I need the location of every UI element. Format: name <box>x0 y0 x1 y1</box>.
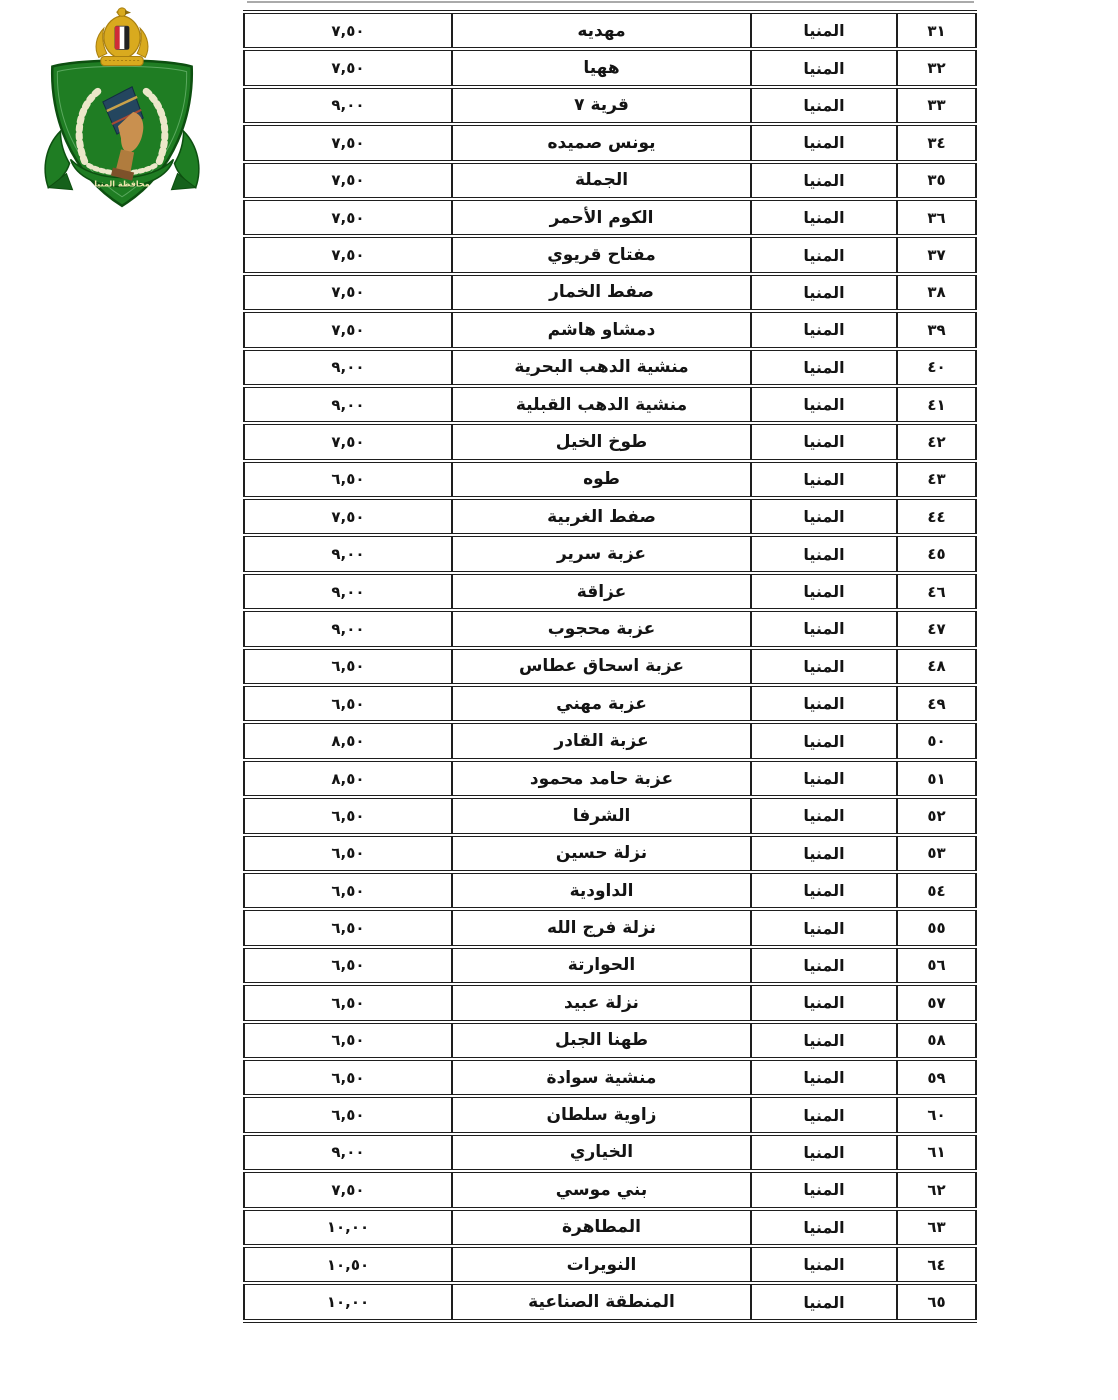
village-cell: عزبة اسحاق عطاس <box>452 648 751 685</box>
village-cell: عزبة مهني <box>452 685 751 722</box>
village-cell: نزلة فرج الله <box>452 909 751 946</box>
serial-cell: ٥٢ <box>897 797 976 834</box>
village-cell: طهنا الجبل <box>452 1022 751 1059</box>
table-row: ٥٤ المنيا الداودية ٦,٥٠ <box>244 872 976 909</box>
governorate-cell: المنيا <box>751 87 897 124</box>
table-row: ٦٤ المنيا النويرات ١٠,٥٠ <box>244 1246 976 1283</box>
serial-cell: ٥٩ <box>897 1059 976 1096</box>
governorate-cell: المنيا <box>751 835 897 872</box>
table-row: ٦٣ المنيا المطاهرة ١٠,٠٠ <box>244 1209 976 1246</box>
governorate-cell: المنيا <box>751 162 897 199</box>
price-cell: ٧,٥٠ <box>244 274 452 311</box>
village-cell: قرية ٧ <box>452 87 751 124</box>
table-row: ٥٢ المنيا الشرفا ٦,٥٠ <box>244 797 976 834</box>
village-cell: عزبة سرير <box>452 535 751 572</box>
governorate-cell: المنيا <box>751 610 897 647</box>
village-cell: الحوارتة <box>452 947 751 984</box>
village-cell: نزلة حسين <box>452 835 751 872</box>
table-row: ٣٩ المنيا دمشاو هاشم ٧,٥٠ <box>244 311 976 348</box>
price-cell: ٧,٥٠ <box>244 423 452 460</box>
governorate-cell: المنيا <box>751 12 897 49</box>
governorate-cell: المنيا <box>751 124 897 161</box>
village-cell: النويرات <box>452 1246 751 1283</box>
serial-cell: ٤٤ <box>897 498 976 535</box>
table-row: ٥٥ المنيا نزلة فرج الله ٦,٥٠ <box>244 909 976 946</box>
village-cell: منشية الدهب القبلية <box>452 386 751 423</box>
serial-cell: ٤٧ <box>897 610 976 647</box>
village-cell: منشية الدهب البحرية <box>452 349 751 386</box>
serial-cell: ٦٥ <box>897 1283 976 1321</box>
table-row: ٥١ المنيا عزبة حامد محمود ٨,٥٠ <box>244 760 976 797</box>
serial-cell: ٤٥ <box>897 535 976 572</box>
governorate-cell: المنيا <box>751 236 897 273</box>
serial-cell: ٤٦ <box>897 573 976 610</box>
table-row: ٤٧ المنيا عزبة محجوب ٩,٠٠ <box>244 610 976 647</box>
village-cell: طوه <box>452 461 751 498</box>
serial-cell: ٣٢ <box>897 49 976 86</box>
village-cell: زاوية سلطان <box>452 1096 751 1133</box>
serial-cell: ٣٩ <box>897 311 976 348</box>
serial-cell: ٤٠ <box>897 349 976 386</box>
table-row: ٥٣ المنيا نزلة حسين ٦,٥٠ <box>244 835 976 872</box>
serial-cell: ٦٣ <box>897 1209 976 1246</box>
governorate-cell: المنيا <box>751 1096 897 1133</box>
price-cell: ٩,٠٠ <box>244 610 452 647</box>
governorate-cell: المنيا <box>751 722 897 759</box>
governorate-cell: المنيا <box>751 535 897 572</box>
governorate-cell: المنيا <box>751 984 897 1021</box>
governorate-cell: المنيا <box>751 573 897 610</box>
governorate-cell: المنيا <box>751 1022 897 1059</box>
governorate-cell: المنيا <box>751 947 897 984</box>
emblem-banner-text: محافظة المنيا <box>94 180 149 189</box>
price-cell: ٦,٥٠ <box>244 1096 452 1133</box>
governorate-cell: المنيا <box>751 1246 897 1283</box>
village-cell: المطاهرة <box>452 1209 751 1246</box>
table-row: ٣٣ المنيا قرية ٧ ٩,٠٠ <box>244 87 976 124</box>
price-cell: ٩,٠٠ <box>244 386 452 423</box>
price-cell: ١٠,٥٠ <box>244 1246 452 1283</box>
governorate-cell: المنيا <box>751 1283 897 1321</box>
serial-cell: ٥٣ <box>897 835 976 872</box>
table-row: ٥٨ المنيا طهنا الجبل ٦,٥٠ <box>244 1022 976 1059</box>
village-cell: عزاقة <box>452 573 751 610</box>
governorate-cell: المنيا <box>751 872 897 909</box>
village-cell: طوخ الخيل <box>452 423 751 460</box>
governorate-cell: المنيا <box>751 1059 897 1096</box>
minya-emblem-graphic: محافظة المنيا <box>36 4 208 224</box>
price-cell: ٦,٥٠ <box>244 685 452 722</box>
village-cell: الداودية <box>452 872 751 909</box>
table-row: ٤٩ المنيا عزبة مهني ٦,٥٠ <box>244 685 976 722</box>
serial-cell: ٣٦ <box>897 199 976 236</box>
village-cell: الشرفا <box>452 797 751 834</box>
table-row: ٥٧ المنيا نزلة عبيد ٦,٥٠ <box>244 984 976 1021</box>
village-cell: يونس صميده <box>452 124 751 161</box>
price-cell: ٩,٠٠ <box>244 535 452 572</box>
price-cell: ٦,٥٠ <box>244 835 452 872</box>
price-cell: ٧,٥٠ <box>244 1171 452 1208</box>
village-cell: صفط الخمار <box>452 274 751 311</box>
serial-cell: ٤٨ <box>897 648 976 685</box>
serial-cell: ٣٨ <box>897 274 976 311</box>
serial-cell: ٦٤ <box>897 1246 976 1283</box>
price-cell: ٩,٠٠ <box>244 87 452 124</box>
price-cell: ١٠,٠٠ <box>244 1283 452 1321</box>
price-cell: ٨,٥٠ <box>244 760 452 797</box>
price-cell: ٦,٥٠ <box>244 1022 452 1059</box>
price-cell: ٦,٥٠ <box>244 909 452 946</box>
price-cell: ٦,٥٠ <box>244 648 452 685</box>
serial-cell: ٤٣ <box>897 461 976 498</box>
table-row: ٦١ المنيا الخياري ٩,٠٠ <box>244 1134 976 1171</box>
page-cut-line <box>247 1 974 3</box>
serial-cell: ٦٠ <box>897 1096 976 1133</box>
table-body: ٣١ المنيا مهديه ٧,٥٠ ٣٢ المنيا ههيا ٧,٥٠… <box>244 12 976 1321</box>
table-row: ٤٥ المنيا عزبة سرير ٩,٠٠ <box>244 535 976 572</box>
village-cell: صفط الغربية <box>452 498 751 535</box>
price-cell: ٩,٠٠ <box>244 1134 452 1171</box>
table-row: ٣٧ المنيا مفتاح قريوي ٧,٥٠ <box>244 236 976 273</box>
serial-cell: ٣١ <box>897 12 976 49</box>
table-row: ٦٥ المنيا المنطقة الصناعية ١٠,٠٠ <box>244 1283 976 1321</box>
serial-cell: ٥٦ <box>897 947 976 984</box>
village-cell: ههيا <box>452 49 751 86</box>
serial-cell: ٥١ <box>897 760 976 797</box>
table-row: ٤١ المنيا منشية الدهب القبلية ٩,٠٠ <box>244 386 976 423</box>
serial-cell: ٣٥ <box>897 162 976 199</box>
table-row: ٣٦ المنيا الكوم الأحمر ٧,٥٠ <box>244 199 976 236</box>
serial-cell: ٦٢ <box>897 1171 976 1208</box>
price-cell: ٧,٥٠ <box>244 199 452 236</box>
minya-governorate-emblem: محافظة المنيا <box>36 4 208 224</box>
price-cell: ٦,٥٠ <box>244 1059 452 1096</box>
serial-cell: ٥٠ <box>897 722 976 759</box>
serial-cell: ٥٤ <box>897 872 976 909</box>
governorate-cell: المنيا <box>751 49 897 86</box>
table-row: ٣٤ المنيا يونس صميده ٧,٥٠ <box>244 124 976 161</box>
villages-rate-table: ٣١ المنيا مهديه ٧,٥٠ ٣٢ المنيا ههيا ٧,٥٠… <box>243 10 977 1323</box>
table-row: ٣٨ المنيا صفط الخمار ٧,٥٠ <box>244 274 976 311</box>
village-cell: نزلة عبيد <box>452 984 751 1021</box>
governorate-cell: المنيا <box>751 1209 897 1246</box>
price-cell: ٩,٠٠ <box>244 349 452 386</box>
table-row: ٤٠ المنيا منشية الدهب البحرية ٩,٠٠ <box>244 349 976 386</box>
price-cell: ٩,٠٠ <box>244 573 452 610</box>
table-row: ٥٩ المنيا منشية سوادة ٦,٥٠ <box>244 1059 976 1096</box>
governorate-cell: المنيا <box>751 685 897 722</box>
governorate-cell: المنيا <box>751 797 897 834</box>
serial-cell: ٣٤ <box>897 124 976 161</box>
governorate-cell: المنيا <box>751 1171 897 1208</box>
table-row: ٦٠ المنيا زاوية سلطان ٦,٥٠ <box>244 1096 976 1133</box>
governorate-cell: المنيا <box>751 909 897 946</box>
price-cell: ٨,٥٠ <box>244 722 452 759</box>
table-row: ٤٣ المنيا طوه ٦,٥٠ <box>244 461 976 498</box>
serial-cell: ٦١ <box>897 1134 976 1171</box>
table-row: ٣٥ المنيا الجملة ٧,٥٠ <box>244 162 976 199</box>
serial-cell: ٥٥ <box>897 909 976 946</box>
village-cell: مهديه <box>452 12 751 49</box>
serial-cell: ٥٧ <box>897 984 976 1021</box>
price-cell: ٧,٥٠ <box>244 49 452 86</box>
village-cell: الخياري <box>452 1134 751 1171</box>
village-cell: دمشاو هاشم <box>452 311 751 348</box>
governorate-cell: المنيا <box>751 386 897 423</box>
table-row: ٤٢ المنيا طوخ الخيل ٧,٥٠ <box>244 423 976 460</box>
price-cell: ٧,٥٠ <box>244 498 452 535</box>
price-cell: ٧,٥٠ <box>244 311 452 348</box>
eagle-icon <box>96 8 148 66</box>
village-cell: منشية سوادة <box>452 1059 751 1096</box>
governorate-cell: المنيا <box>751 461 897 498</box>
village-cell: الكوم الأحمر <box>452 199 751 236</box>
serial-cell: ٤٢ <box>897 423 976 460</box>
village-cell: عزبة القادر <box>452 722 751 759</box>
table-row: ٤٤ المنيا صفط الغربية ٧,٥٠ <box>244 498 976 535</box>
governorate-cell: المنيا <box>751 349 897 386</box>
village-cell: الجملة <box>452 162 751 199</box>
price-cell: ٦,٥٠ <box>244 947 452 984</box>
serial-cell: ٣٧ <box>897 236 976 273</box>
village-cell: عزبة محجوب <box>452 610 751 647</box>
table-row: ٥٠ المنيا عزبة القادر ٨,٥٠ <box>244 722 976 759</box>
governorate-cell: المنيا <box>751 760 897 797</box>
price-cell: ٧,٥٠ <box>244 12 452 49</box>
serial-cell: ٣٣ <box>897 87 976 124</box>
village-cell: بني موسي <box>452 1171 751 1208</box>
table-row: ٤٦ المنيا عزاقة ٩,٠٠ <box>244 573 976 610</box>
governorate-cell: المنيا <box>751 311 897 348</box>
governorate-cell: المنيا <box>751 423 897 460</box>
village-cell: مفتاح قريوي <box>452 236 751 273</box>
table-row: ٣٢ المنيا ههيا ٧,٥٠ <box>244 49 976 86</box>
governorate-cell: المنيا <box>751 199 897 236</box>
price-cell: ٧,٥٠ <box>244 236 452 273</box>
governorate-cell: المنيا <box>751 274 897 311</box>
price-cell: ٦,٥٠ <box>244 984 452 1021</box>
village-cell: عزبة حامد محمود <box>452 760 751 797</box>
table-row: ٥٦ المنيا الحوارتة ٦,٥٠ <box>244 947 976 984</box>
serial-cell: ٥٨ <box>897 1022 976 1059</box>
price-cell: ٦,٥٠ <box>244 872 452 909</box>
price-cell: ٦,٥٠ <box>244 461 452 498</box>
price-cell: ١٠,٠٠ <box>244 1209 452 1246</box>
table-row: ٦٢ المنيا بني موسي ٧,٥٠ <box>244 1171 976 1208</box>
price-cell: ٦,٥٠ <box>244 797 452 834</box>
serial-cell: ٤١ <box>897 386 976 423</box>
price-cell: ٧,٥٠ <box>244 162 452 199</box>
governorate-cell: المنيا <box>751 498 897 535</box>
table-row: ٤٨ المنيا عزبة اسحاق عطاس ٦,٥٠ <box>244 648 976 685</box>
governorate-cell: المنيا <box>751 1134 897 1171</box>
serial-cell: ٤٩ <box>897 685 976 722</box>
governorate-cell: المنيا <box>751 648 897 685</box>
price-cell: ٧,٥٠ <box>244 124 452 161</box>
village-cell: المنطقة الصناعية <box>452 1283 751 1321</box>
document-page: محافظة المنيا ٣١ المنيا مهديه ٧,٥٠ ٣٢ ال… <box>0 0 1118 1400</box>
table-row: ٣١ المنيا مهديه ٧,٥٠ <box>244 12 976 49</box>
